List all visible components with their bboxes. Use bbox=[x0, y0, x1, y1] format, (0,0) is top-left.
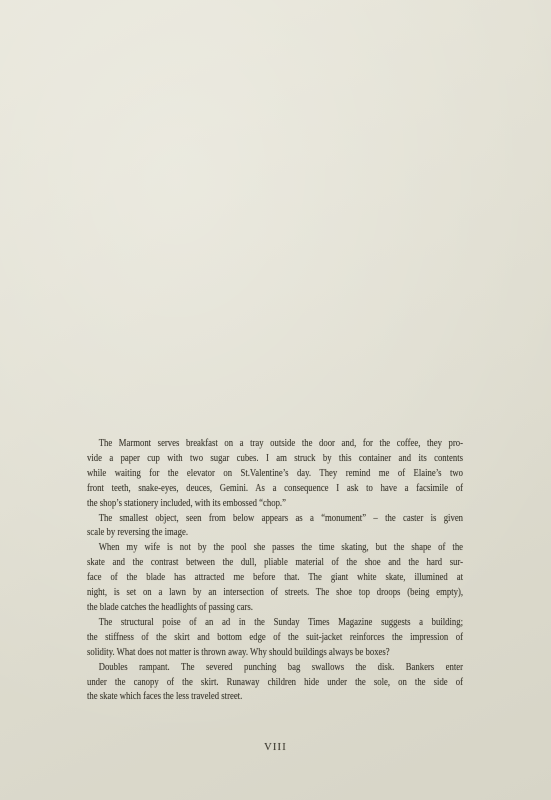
page-number: VIII bbox=[0, 742, 551, 753]
text-line: solidity. What does not matter is thrown… bbox=[87, 646, 463, 661]
paragraph: The smallest object, seen from below app… bbox=[87, 512, 463, 542]
book-page: The Marmont serves breakfast on a tray o… bbox=[0, 0, 551, 800]
text-line: The smallest object, seen from below app… bbox=[87, 512, 463, 527]
body-text: The Marmont serves breakfast on a tray o… bbox=[87, 437, 463, 705]
paragraph: The structural poise of an ad in the Sun… bbox=[87, 616, 463, 661]
text-line: night, is set on a lawn by an intersecti… bbox=[87, 586, 463, 601]
text-line: front teeth, snake-eyes, deuces, Gemini.… bbox=[87, 482, 463, 497]
text-line: face of the blade has attracted me befor… bbox=[87, 571, 463, 586]
paragraph: When my wife is not by the pool she pass… bbox=[87, 541, 463, 616]
text-line: the stiffness of the skirt and bottom ed… bbox=[87, 631, 463, 646]
text-line: under the canopy of the skirt. Runaway c… bbox=[87, 676, 463, 691]
text-line: When my wife is not by the pool she pass… bbox=[87, 541, 463, 556]
paragraph: The Marmont serves breakfast on a tray o… bbox=[87, 437, 463, 512]
text-line: the skate which faces the less traveled … bbox=[87, 690, 463, 705]
text-line: The Marmont serves breakfast on a tray o… bbox=[87, 437, 463, 452]
text-line: The structural poise of an ad in the Sun… bbox=[87, 616, 463, 631]
text-line: Doubles rampant. The severed punching ba… bbox=[87, 661, 463, 676]
text-line: while waiting for the elevator on St.Val… bbox=[87, 467, 463, 482]
paragraph: Doubles rampant. The severed punching ba… bbox=[87, 661, 463, 706]
text-line: the shop’s stationery included, with its… bbox=[87, 497, 463, 512]
text-line: vide a paper cup with two sugar cubes. I… bbox=[87, 452, 463, 467]
text-line: the blade catches the headlights of pass… bbox=[87, 601, 463, 616]
text-line: skate and the contrast between the dull,… bbox=[87, 556, 463, 571]
text-line: scale by reversing the image. bbox=[87, 526, 463, 541]
